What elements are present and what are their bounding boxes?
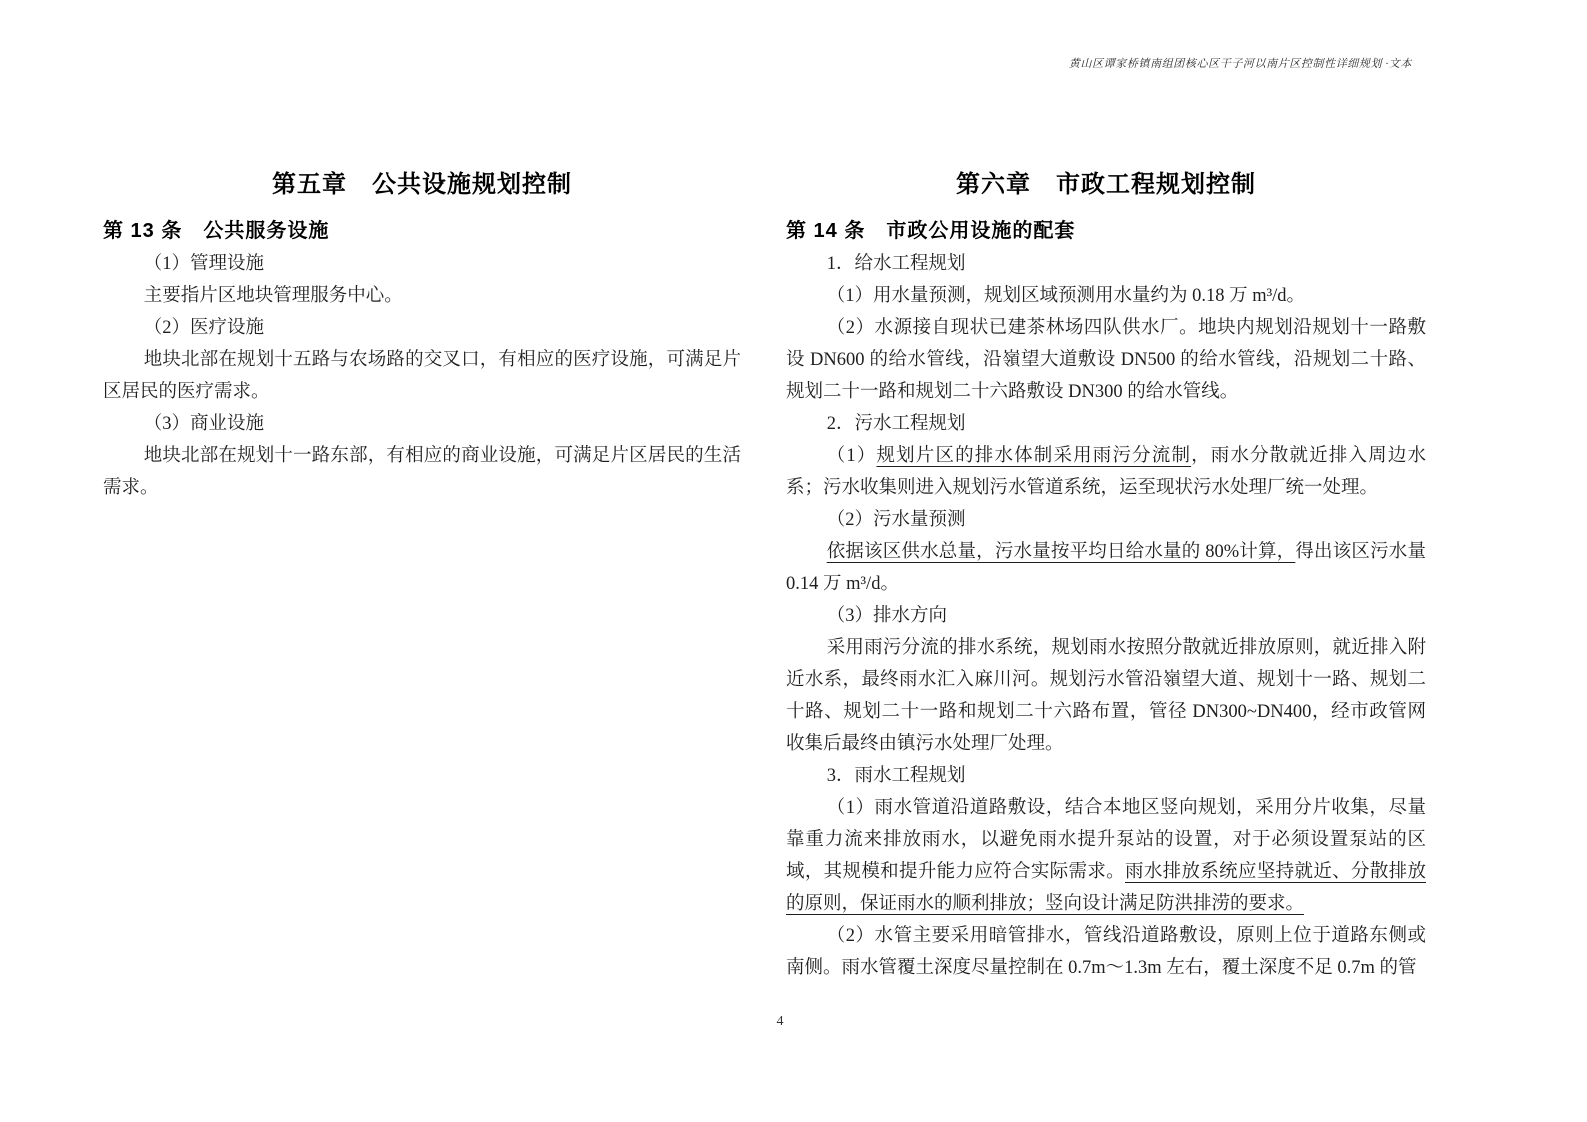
paragraph: 2．污水工程规划: [786, 408, 1426, 440]
right-column: 第六章 市政工程规划控制 第 14 条 市政公用设施的配套1．给水工程规划（1）…: [786, 168, 1426, 984]
text-segment: 3．雨水工程规划: [827, 766, 966, 786]
text-segment: 主要指片区地块管理服务中心。: [144, 286, 403, 306]
text-segment: 第 13 条 公共服务设施: [103, 220, 329, 242]
text-segment: （1）: [827, 446, 877, 466]
paragraph: （1）管理设施: [103, 248, 741, 280]
text-segment: （1）用水量预测，规划区域预测用水量约为 0.18 万 m³/d。: [827, 286, 1305, 306]
paragraph: （2）污水量预测: [786, 504, 1426, 536]
text-segment: 1．给水工程规划: [827, 254, 966, 274]
paragraph: （1）雨水管道沿道路敷设，结合本地区竖向规划，采用分片收集，尽量靠重力流来排放雨…: [786, 792, 1426, 920]
left-column: 第五章 公共设施规划控制 第 13 条 公共服务设施（1）管理设施主要指片区地块…: [103, 168, 741, 504]
text-segment: （3）商业设施: [144, 414, 264, 434]
paragraph: （1）用水量预测，规划区域预测用水量约为 0.18 万 m³/d。: [786, 280, 1426, 312]
text-segment: （3）排水方向: [827, 606, 947, 626]
document-page: 黄山区谭家桥镇南组团核心区干子河以南片区控制性详细规划 ·文本 第五章 公共设施…: [0, 0, 1587, 1122]
text-segment: 地块北部在规划十五路与农场路的交叉口，有相应的医疗设施，可满足片区居民的医疗需求…: [103, 350, 741, 402]
paragraph: （1）规划片区的排水体制采用雨污分流制，雨水分散就近排入周边水系；污水收集则进入…: [786, 440, 1426, 504]
left-column-body: 第 13 条 公共服务设施（1）管理设施主要指片区地块管理服务中心。（2）医疗设…: [103, 215, 741, 504]
page-number: 4: [0, 1014, 1560, 1030]
text-segment: （2）污水量预测: [827, 510, 966, 530]
text-segment: 地块北部在规划十一路东部，有相应的商业设施，可满足片区居民的生活需求。: [103, 446, 741, 498]
paragraph: （2）水管主要采用暗管排水，管线沿道路敷设，原则上位于道路东侧或南侧。雨水管覆土…: [786, 920, 1426, 984]
text-segment: （1）管理设施: [144, 254, 264, 274]
paragraph: 地块北部在规划十五路与农场路的交叉口，有相应的医疗设施，可满足片区居民的医疗需求…: [103, 344, 741, 408]
paragraph: （2）水源接自现状已建茶林场四队供水厂。地块内规划沿规划十一路敷设 DN600 …: [786, 312, 1426, 408]
paragraph: 1．给水工程规划: [786, 248, 1426, 280]
running-header: 黄山区谭家桥镇南组团核心区干子河以南片区控制性详细规划 ·文本: [1069, 55, 1412, 71]
text-segment: （2）水源接自现状已建茶林场四队供水厂。地块内规划沿规划十一路敷设 DN600 …: [786, 318, 1426, 402]
paragraph: 采用雨污分流的排水系统，规划雨水按照分散就近排放原则，就近排入附近水系，最终雨水…: [786, 632, 1426, 760]
article-heading: 第 14 条 市政公用设施的配套: [786, 215, 1426, 248]
text-segment: 2．污水工程规划: [827, 414, 966, 434]
text-segment: （2）水管主要采用暗管排水，管线沿道路敷设，原则上位于道路东侧或南侧。雨水管覆土…: [786, 926, 1426, 978]
paragraph: （2）医疗设施: [103, 312, 741, 344]
underlined-segment: 依据该区供水总量，污水量按平均日给水量的 80%计算，: [827, 542, 1296, 562]
paragraph: 依据该区供水总量，污水量按平均日给水量的 80%计算，得出该区污水量 0.14 …: [786, 536, 1426, 600]
paragraph: （3）排水方向: [786, 600, 1426, 632]
paragraph: 地块北部在规划十一路东部，有相应的商业设施，可满足片区居民的生活需求。: [103, 440, 741, 504]
paragraph: 3．雨水工程规划: [786, 760, 1426, 792]
underlined-segment: 规划片区的排水体制采用雨污分流制: [876, 446, 1191, 466]
paragraph: 主要指片区地块管理服务中心。: [103, 280, 741, 312]
text-segment: （2）医疗设施: [144, 318, 264, 338]
text-segment: 第 14 条 市政公用设施的配套: [786, 220, 1075, 242]
paragraph: （3）商业设施: [103, 408, 741, 440]
chapter-title-6: 第六章 市政工程规划控制: [786, 168, 1426, 202]
text-segment: 采用雨污分流的排水系统，规划雨水按照分散就近排放原则，就近排入附近水系，最终雨水…: [786, 638, 1426, 754]
article-heading: 第 13 条 公共服务设施: [103, 215, 741, 248]
chapter-title-5: 第五章 公共设施规划控制: [103, 168, 741, 202]
right-column-body: 第 14 条 市政公用设施的配套1．给水工程规划（1）用水量预测，规划区域预测用…: [786, 215, 1426, 984]
